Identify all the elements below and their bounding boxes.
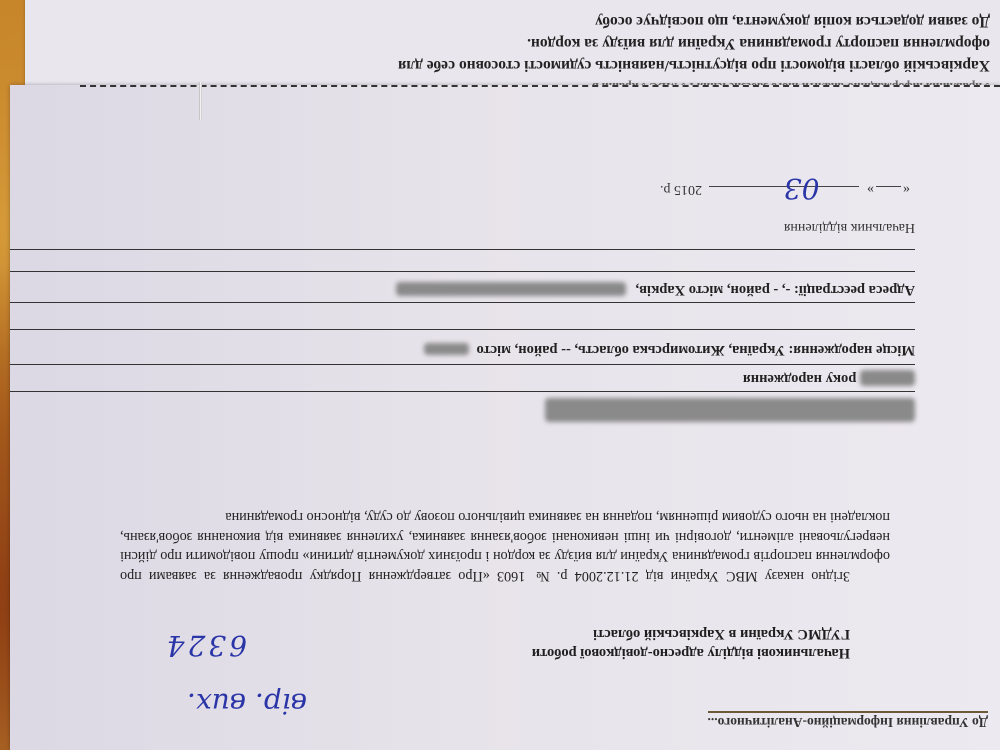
redacted-name <box>545 398 915 422</box>
handwritten-month: 03 <box>784 172 820 205</box>
back-line-2: Харківській області відомості про відсут… <box>30 54 990 76</box>
front-sheet: До Управління Інформаційно-Аналітичного.… <box>10 85 1000 750</box>
rule-line <box>10 329 915 330</box>
registration-text: Адреса реєстрації: -, - район, місто Хар… <box>636 282 915 298</box>
birth-year-label: року народження <box>743 371 857 387</box>
date-open-quote: « <box>903 182 910 197</box>
rule-line <box>10 271 915 272</box>
handwritten-note: вір. вих. <box>187 687 307 720</box>
birthplace-text: Місце народження: Україна, Житомирська о… <box>476 342 915 358</box>
addressee-line-1: Начальникові відділу адресно-довідкової … <box>532 643 850 662</box>
rotated-document-stage: Управління інформаційно-аналітичного заб… <box>0 0 1000 750</box>
redacted-date <box>860 370 915 386</box>
rule-line <box>10 249 915 250</box>
date-year: 2015 р. <box>660 182 702 197</box>
request-body: Згідно наказу МВС України від 21.12.2004… <box>120 507 890 585</box>
back-line-4: До заяви додається копія документа, що п… <box>30 10 990 32</box>
redacted-city <box>424 343 469 355</box>
back-line-3: оформлення паспорту громадянина України … <box>30 32 990 54</box>
staple <box>199 82 202 120</box>
date-row: «» 03 2015 р. <box>660 181 910 197</box>
redacted-address <box>396 282 626 296</box>
month-blank: 03 <box>710 186 860 187</box>
request-paragraph: Згідно наказу МВС України від 21.12.2004… <box>120 507 890 585</box>
addressee-block: Начальникові відділу адресно-довідкової … <box>532 624 850 662</box>
addressee-line-2: ГУДМС України в Харківській області <box>532 624 850 643</box>
signature-title: Начальник відділення <box>784 219 915 235</box>
perforation-line <box>80 85 1000 87</box>
birth-year-field: року народження <box>743 370 915 387</box>
rule-line <box>10 364 915 365</box>
registration-field: Адреса реєстрації: -, - район, місто Хар… <box>396 281 915 298</box>
handwritten-number: 6324 <box>164 629 247 662</box>
rule-line <box>10 391 915 392</box>
day-blank <box>876 186 901 187</box>
department-header: До Управління Інформаційно-Аналітичного.… <box>708 711 988 730</box>
birthplace-field: Місце народження: Україна, Житомирська о… <box>424 341 915 358</box>
date-close-quote: » <box>867 182 874 197</box>
rule-line <box>10 302 915 303</box>
